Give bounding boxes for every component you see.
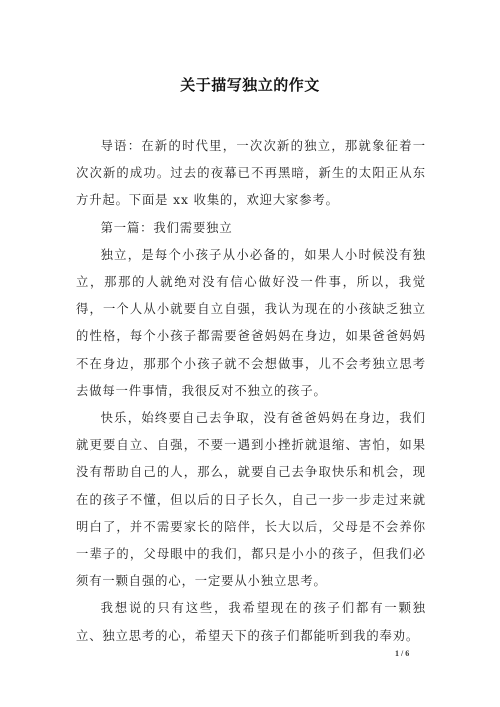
section-heading: 第一篇：我们需要独立 bbox=[76, 215, 426, 242]
document-title: 关于描写独立的作文 bbox=[0, 74, 500, 95]
paragraph-intro: 导语：在新的时代里，一次次新的独立，那就象征着一次次新的成功。过去的夜幕已不再黑… bbox=[76, 133, 426, 215]
paragraph: 快乐，始终要自己去争取，没有爸爸妈妈在身边，我们就更要自立、自强，不要一遇到小挫… bbox=[76, 405, 426, 595]
page-number: 1 / 6 bbox=[395, 649, 409, 658]
paragraph: 我想说的只有这些，我希望现在的孩子们都有一颗独立、独立思考的心，希望天下的孩子们… bbox=[76, 595, 426, 649]
document-body: 导语：在新的时代里，一次次新的独立，那就象征着一次次新的成功。过去的夜幕已不再黑… bbox=[76, 133, 426, 650]
paragraph: 独立，是每个小孩子从小必备的，如果人小时候没有独立，那那的人就绝对没有信心做好没… bbox=[76, 242, 426, 405]
document-page: 关于描写独立的作文 导语：在新的时代里，一次次新的独立，那就象征着一次次新的成功… bbox=[0, 0, 500, 707]
